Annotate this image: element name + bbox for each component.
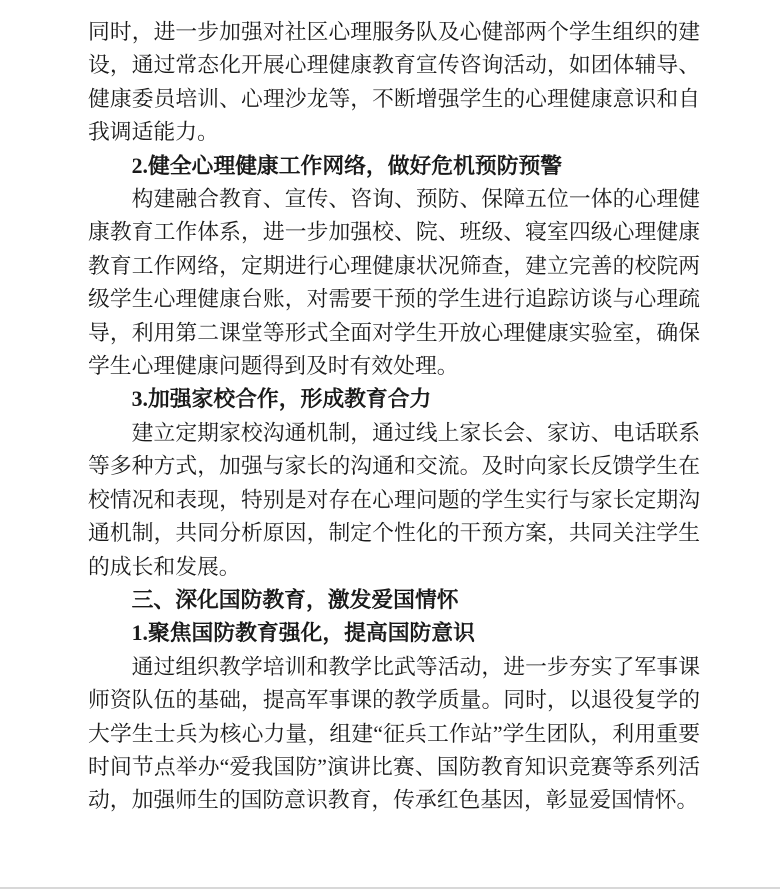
heading-mental-health-network: 2.健全心理健康工作网络，做好危机预防预警 — [88, 150, 700, 183]
document-page: 同时，进一步加强对社区心理服务队及心健部两个学生组织的建设，通过常态化开展心理健… — [0, 0, 780, 895]
document-body: 同时，进一步加强对社区心理服务队及心健部两个学生组织的建设，通过常态化开展心理健… — [88, 16, 700, 818]
heading-national-defense-education: 三、深化国防教育，激发爱国情怀 — [88, 584, 700, 617]
paragraph-home-school-cooperation: 建立定期家校沟通机制，通过线上家长会、家访、电话联系等多种方式，加强与家长的沟通… — [88, 417, 700, 584]
page-bottom-border — [0, 887, 780, 889]
paragraph-mental-health-orgs: 同时，进一步加强对社区心理服务队及心健部两个学生组织的建设，通过常态化开展心理健… — [88, 16, 700, 150]
heading-defense-awareness: 1.聚焦国防教育强化，提高国防意识 — [88, 617, 700, 650]
paragraph-mental-health-network: 构建融合教育、宣传、咨询、预防、保障五位一体的心理健康教育工作体系，进一步加强校… — [88, 183, 700, 383]
paragraph-defense-education: 通过组织教学培训和教学比武等活动，进一步夯实了军事课师资队伍的基础，提高军事课的… — [88, 651, 700, 818]
heading-home-school-cooperation: 3.加强家校合作，形成教育合力 — [88, 383, 700, 416]
